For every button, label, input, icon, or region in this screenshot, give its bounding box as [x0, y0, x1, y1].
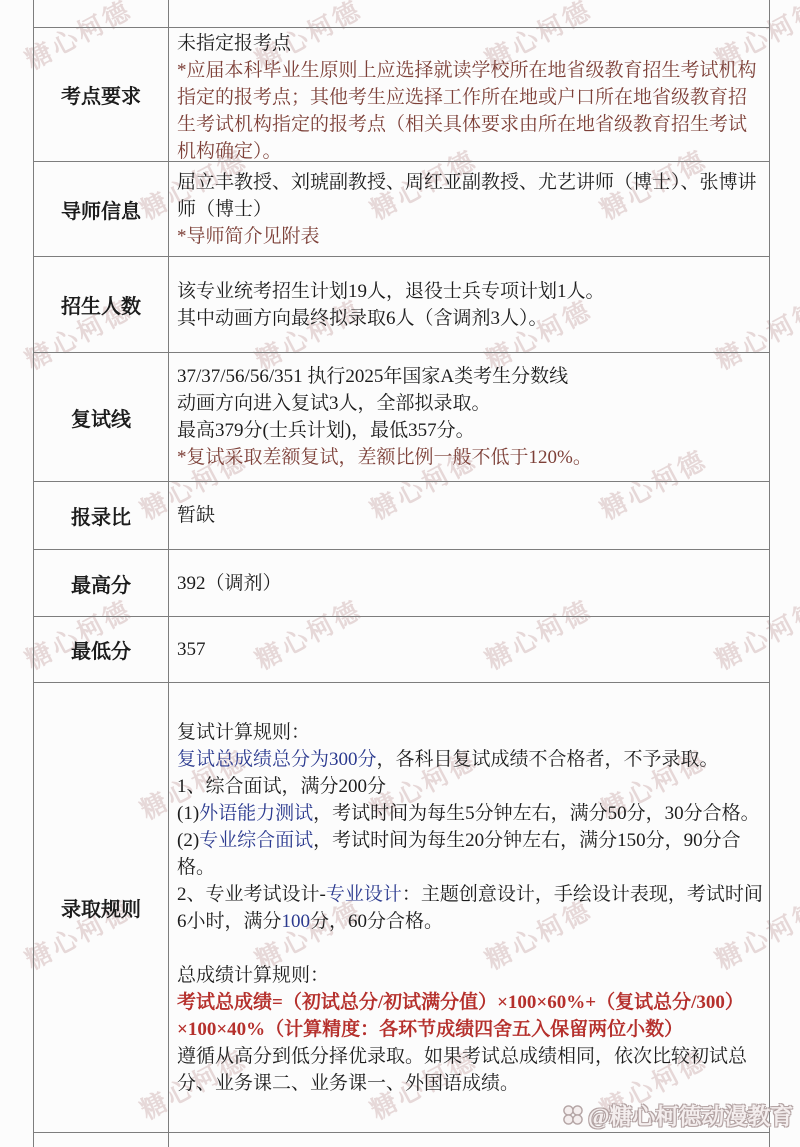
text-segment: 外语能力测试: [199, 803, 313, 824]
text-segment: 100: [282, 911, 311, 932]
row-label: 招生人数: [34, 257, 169, 352]
paragraph: 最高379分(士兵计划)，最低357分。: [177, 417, 764, 444]
row-content: 357: [169, 617, 769, 682]
text-segment: 2、专业考试设计-: [177, 884, 326, 905]
row-label: 报录比: [34, 482, 169, 549]
text-segment: 392（调剂）: [177, 573, 282, 594]
table-row-enrollment-count: 招生人数该专业统考招生计划19人，退役士兵专项计划1人。其中动画方向最终拟录取6…: [34, 257, 769, 353]
text-segment: 分，60分合格。: [310, 911, 443, 932]
row-label: 考点要求: [34, 28, 169, 161]
row-label: [34, 1133, 169, 1147]
text-segment: 动画方向进入复试3人，全部拟录取。: [177, 393, 491, 414]
paragraph: 357: [177, 636, 764, 663]
paragraph: 暂缺: [177, 502, 764, 529]
row-content: 该专业统考招生计划19人，退役士兵专项计划1人。其中动画方向最终拟录取6人（含调…: [169, 257, 769, 352]
watermark-credit: @糖心柯德动漫教育: [560, 1098, 793, 1131]
paragraph: 1、综合面试，满分200分: [177, 773, 764, 800]
table-row-exam-site-requirement: 考点要求未指定报考点*应届本科毕业生原则上应选择就读学校所在地省级教育招生考试机…: [34, 28, 769, 162]
paragraph: 动画方向进入复试3人，全部拟录取。: [177, 390, 764, 417]
row-label: [34, 0, 169, 27]
paragraph: 屈立丰教授、刘琥副教授、周红亚副教授、尤艺讲师（博士）、张博讲师（博士）: [177, 169, 764, 223]
paragraph: 该专业统考招生计划19人，退役士兵专项计划1人。: [177, 278, 764, 305]
row-label-text: 最低分: [71, 635, 131, 664]
credit-text: @糖心柯德动漫教育: [588, 1098, 793, 1131]
paragraph: [177, 935, 764, 962]
row-label-text: 考点要求: [61, 80, 141, 109]
row-label-text: 导师信息: [61, 195, 141, 224]
text-segment: (1): [177, 803, 199, 824]
row-label: 最高分: [34, 550, 169, 616]
table-row-partial-bottom: [34, 1133, 769, 1147]
text-segment: 该专业统考招生计划19人，退役士兵专项计划1人。: [177, 281, 605, 302]
row-label-text: 最高分: [71, 569, 131, 598]
row-label: 录取规则: [34, 683, 169, 1132]
text-segment: 复试总成绩总分为300分: [177, 749, 377, 770]
paragraph: 其中动画方向最终拟录取6人（含调剂3人）。: [177, 305, 764, 332]
text-segment: 复试计算规则：: [177, 722, 310, 743]
admissions-info-table: 考点要求未指定报考点*应届本科毕业生原则上应选择就读学校所在地省级教育招生考试机…: [33, 0, 770, 1147]
paragraph: 复试总成绩总分为300分，各科目复试成绩不合格者，不予录取。: [177, 746, 764, 773]
brand-logo-icon: [560, 1102, 586, 1128]
text-segment: 未指定报考点: [177, 33, 291, 54]
paragraph: 遵循从高分到低分择优录取。如果考试总成绩相同，依次比较初试总分、业务课二、业务课…: [177, 1043, 764, 1097]
paragraph: 复试计算规则：: [177, 719, 764, 746]
row-label-text: 录取规则: [61, 893, 141, 922]
table-row-advisor-info: 导师信息屈立丰教授、刘琥副教授、周红亚副教授、尤艺讲师（博士）、张博讲师（博士）…: [34, 162, 769, 257]
text-segment: 遵循从高分到低分择优录取。如果考试总成绩相同，依次比较初试总分、业务课二、业务课…: [177, 1046, 747, 1094]
text-segment: 最高379分(士兵计划)，最低357分。: [177, 420, 475, 441]
row-content: 复试计算规则：复试总成绩总分为300分，各科目复试成绩不合格者，不予录取。1、综…: [169, 683, 769, 1132]
paragraph: (1)外语能力测试，考试时间为每生5分钟左右，满分50分，30分合格。: [177, 800, 764, 827]
row-content: [169, 1133, 769, 1147]
text-segment: 总成绩计算规则：: [177, 965, 329, 986]
row-label-text: 报录比: [71, 501, 131, 530]
text-segment: ，各科目复试成绩不合格者，不予录取。: [377, 749, 719, 770]
row-label-text: 复试线: [71, 403, 131, 432]
document-page: 糖心柯德糖心柯德糖心柯德糖心柯德糖心柯德糖心柯德糖心柯德糖心柯德糖心柯德糖心柯德…: [0, 0, 800, 1147]
row-content: 屈立丰教授、刘琥副教授、周红亚副教授、尤艺讲师（博士）、张博讲师（博士）*导师简…: [169, 162, 769, 256]
table-row-highest-score: 最高分392（调剂）: [34, 550, 769, 617]
text-segment: 1、综合面试，满分200分: [177, 776, 386, 797]
paragraph: 37/37/56/56/351 执行2025年国家A类考生分数线: [177, 363, 764, 390]
paragraph: *复试采取差额复试，差额比例一般不低于120%。: [177, 444, 764, 471]
table-row-lowest-score: 最低分357: [34, 617, 769, 683]
paragraph: 2、专业考试设计-专业设计：主题创意设计，手绘设计表现，考试时间6小时，满分10…: [177, 881, 764, 935]
row-label-text: 招生人数: [61, 290, 141, 319]
paragraph: *导师简介见附表: [177, 223, 764, 250]
text-segment: ，考试时间为每生5分钟左右，满分50分，30分合格。: [313, 803, 760, 824]
text-segment: *应届本科毕业生原则上应选择就读学校所在地省级教育招生考试机构指定的报考点；其他…: [177, 60, 757, 161]
row-content: 未指定报考点*应届本科毕业生原则上应选择就读学校所在地省级教育招生考试机构指定的…: [169, 28, 769, 161]
row-label: 导师信息: [34, 162, 169, 256]
paragraph: 未指定报考点: [177, 30, 764, 57]
row-label: 复试线: [34, 353, 169, 481]
table-row-admission-rules: 录取规则复试计算规则：复试总成绩总分为300分，各科目复试成绩不合格者，不予录取…: [34, 683, 769, 1133]
paragraph: 考试总成绩=（初试总分/初试满分值）×100×60%+（复试总分/300）×10…: [177, 989, 764, 1043]
table-row-retest-line: 复试线37/37/56/56/351 执行2025年国家A类考生分数线动画方向进…: [34, 353, 769, 482]
paragraph: (2)专业综合面试，考试时间为每生20分钟左右，满分150分，90分合格。: [177, 827, 764, 881]
table-row-apply-admit-ratio: 报录比暂缺: [34, 482, 769, 550]
text-segment: 37/37/56/56/351 执行2025年国家A类考生分数线: [177, 366, 568, 387]
row-label: 最低分: [34, 617, 169, 682]
row-content: 392（调剂）: [169, 550, 769, 616]
paragraph: 总成绩计算规则：: [177, 962, 764, 989]
text-segment: 暂缺: [177, 505, 215, 526]
text-segment: 专业综合面试: [199, 830, 313, 851]
paragraph: 392（调剂）: [177, 570, 764, 597]
text-segment: 其中动画方向最终拟录取6人（含调剂3人）。: [177, 308, 548, 329]
text-segment: 357: [177, 639, 206, 660]
row-content: 37/37/56/56/351 执行2025年国家A类考生分数线动画方向进入复试…: [169, 353, 769, 481]
text-segment: *复试采取差额复试，差额比例一般不低于120%。: [177, 447, 592, 468]
table-row-partial-top: [34, 0, 769, 28]
row-content: [169, 0, 769, 27]
text-segment: 屈立丰教授、刘琥副教授、周红亚副教授、尤艺讲师（博士）、张博讲师（博士）: [177, 172, 757, 220]
text-segment: 专业设计: [326, 884, 402, 905]
text-segment: (2): [177, 830, 199, 851]
paragraph: *应届本科毕业生原则上应选择就读学校所在地省级教育招生考试机构指定的报考点；其他…: [177, 57, 764, 159]
row-content: 暂缺: [169, 482, 769, 549]
text-segment: 考试总成绩=（初试总分/初试满分值）×100×60%+（复试总分/300）×10…: [177, 992, 744, 1040]
text-segment: *导师简介见附表: [177, 226, 320, 247]
